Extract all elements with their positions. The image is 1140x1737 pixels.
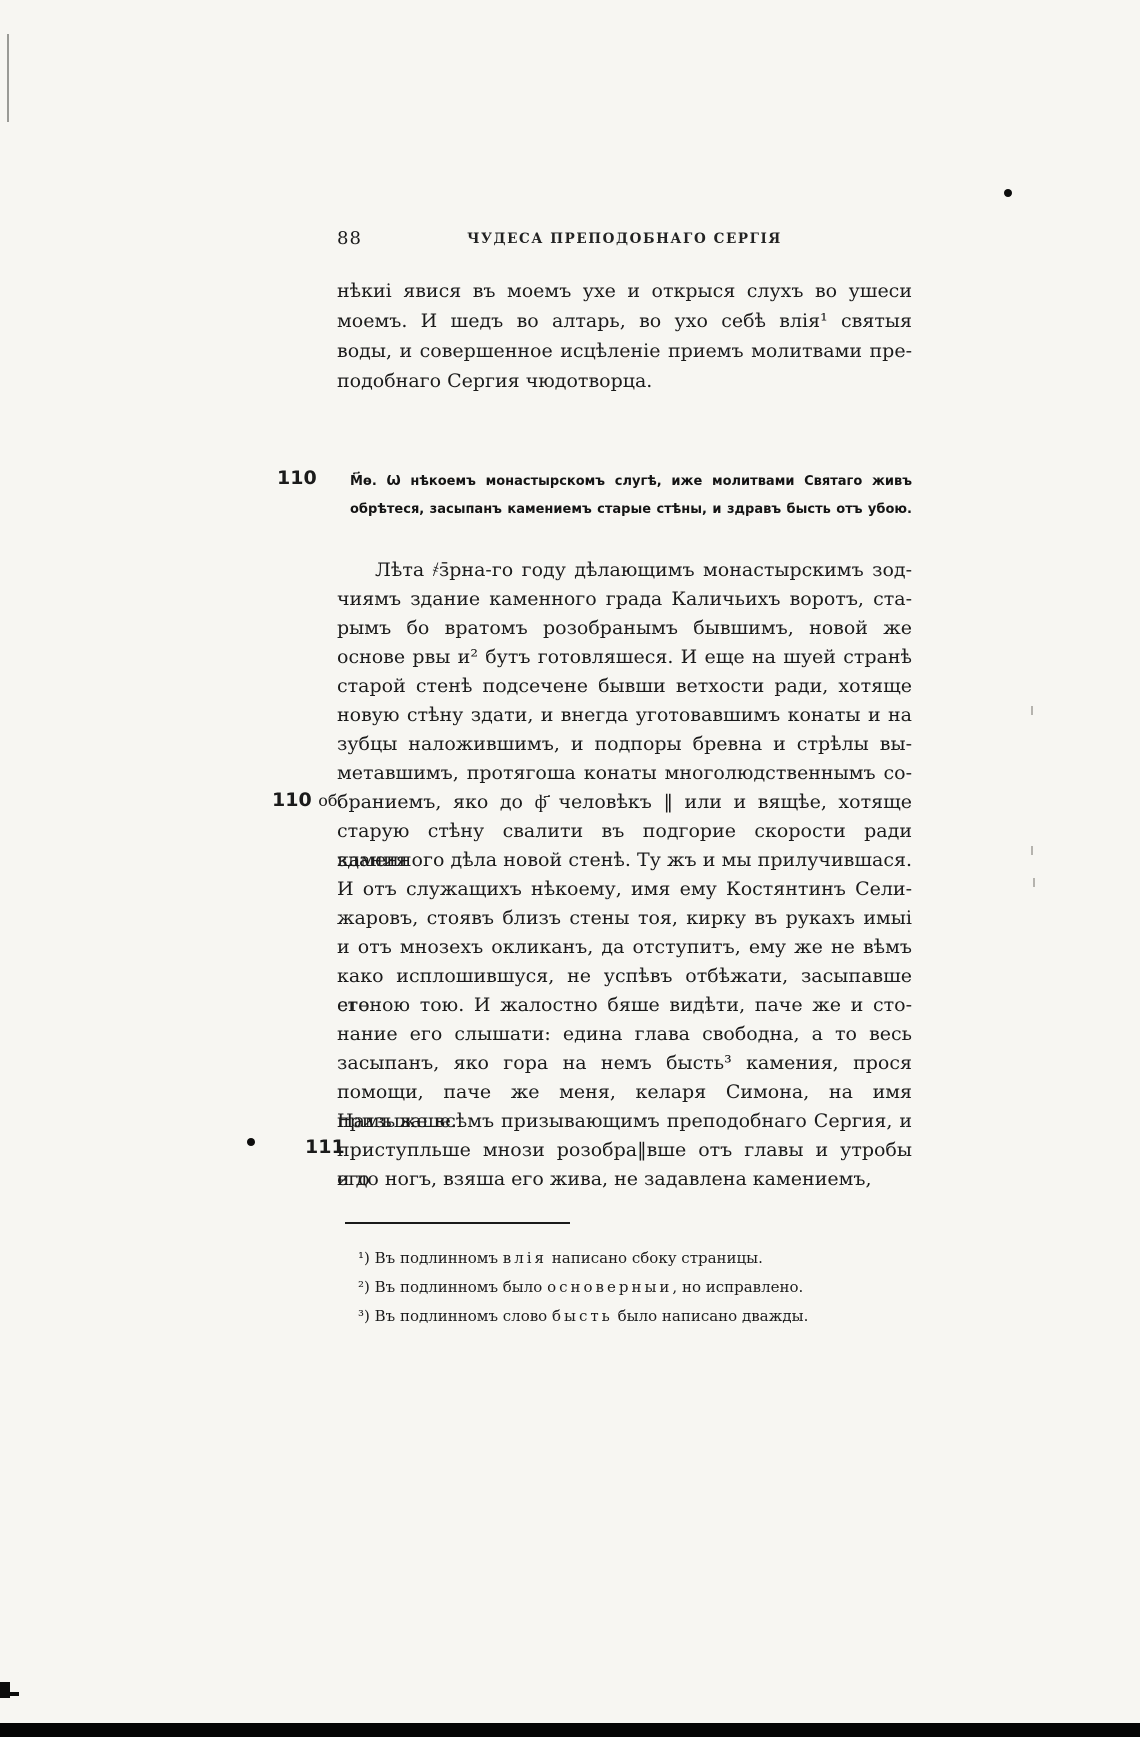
folio-number: 110	[272, 789, 312, 811]
text-line: подобнаго Сергия чюдотворца.	[337, 366, 912, 396]
margin-folio-number: 110	[277, 467, 317, 489]
footnote-emphasis: влія	[503, 1249, 547, 1267]
text-line: нѣкиі явися въ моемъ ухе и открыся слухъ…	[337, 276, 912, 306]
footnote-marker: ²)	[358, 1278, 370, 1296]
text-line: зубцы наложившимъ, и подпоры бревна и ст…	[337, 730, 912, 759]
text-line: старой стенѣ подсечене бывши ветхости ра…	[337, 672, 912, 701]
footnote-text: Въ подлинномъ слово	[370, 1307, 552, 1325]
text-line: и отъ мнозехъ окликанъ, да отступитъ, ем…	[337, 933, 912, 962]
running-title: ЧУДЕСА ПРЕПОДОБНАГО СЕРГІЯ	[337, 231, 912, 247]
text-line: жаровъ, стоявъ близъ стены тоя, кирку въ…	[337, 904, 912, 933]
scan-artifact-tick	[1031, 846, 1033, 855]
text-line: воды, и совершенное исцѣленіе приемъ мол…	[337, 336, 912, 366]
ink-dot	[247, 1138, 255, 1146]
heading-line: обрѣтеся, засыпанъ камениемъ старые стѣн…	[350, 496, 912, 524]
text-line: метавшимъ, протягоша конаты многолюдстве…	[337, 759, 912, 788]
text-line: приступльше мнози розобра‖вше отъ главы …	[337, 1136, 912, 1165]
text-line: помощи, паче же меня, келаря Симона, на …	[337, 1078, 912, 1107]
text-line: и до ногъ, взяша его жива, не задавлена …	[337, 1165, 912, 1194]
text-line: старую стѣну свалити въ подгорие скорост…	[337, 817, 912, 846]
text-line: моемъ. И шедъ во алтарь, во ухо себѣ влі…	[337, 306, 912, 336]
heading-line: М҃ѳ. Ѡ нѣкоемъ монастырскомъ слугѣ, иже …	[350, 468, 912, 496]
scan-artifact-line	[7, 34, 9, 122]
text-line: стеною тою. И жалостно бяше видѣти, паче…	[337, 991, 912, 1020]
footnote-text: Въ подлинномъ	[370, 1249, 503, 1267]
footnotes: ¹) Въ подлинномъ влія написано сбоку стр…	[358, 1244, 914, 1331]
text-line: Лѣта ҂з̄рна-го году дѣлающимъ монастырск…	[337, 556, 912, 585]
footnote: ¹) Въ подлинномъ влія написано сбоку стр…	[358, 1244, 914, 1273]
footnote-text: , но исправлено.	[672, 1278, 803, 1296]
scan-edge-bar	[0, 1723, 1140, 1737]
text-line: новую стѣну здати, и внегда уготовавшимъ…	[337, 701, 912, 730]
scan-artifact-tick	[1033, 878, 1035, 887]
text-line: И отъ служащихъ нѣкоему, имя ему Костянт…	[337, 875, 912, 904]
chapter-heading: М҃ѳ. Ѡ нѣкоемъ монастырскомъ слугѣ, иже …	[350, 468, 912, 524]
text-line: чиямъ здание каменного града Каличьихъ в…	[337, 585, 912, 614]
scanned-book-page: 88 ЧУДЕСА ПРЕПОДОБНАГО СЕРГІЯ нѣкиі явис…	[0, 0, 1140, 1737]
paragraph-2: Лѣта ҂з̄рна-го году дѣлающимъ монастырск…	[337, 556, 912, 1194]
footnote-marker: ¹)	[358, 1249, 370, 1267]
text-line: браниемъ, яко до ф҃ человѣкъ ‖ или и вящ…	[337, 788, 912, 817]
footnote: ³) Въ подлинномъ слово бысть было написа…	[358, 1302, 914, 1331]
footnote-emphasis: бысть	[552, 1307, 613, 1325]
footnote: ²) Въ подлинномъ было основерныи, но исп…	[358, 1273, 914, 1302]
text-line: Намъ же всѣмъ призывающимъ преподобнаго …	[337, 1107, 912, 1136]
text-line: нание его слышати: едина глава свободна,…	[337, 1020, 912, 1049]
footnote-text: написано сбоку страницы.	[547, 1249, 763, 1267]
text-line: основе рвы и² бутъ готовляшеся. И еще на…	[337, 643, 912, 672]
footnote-text: Въ подлинномъ было	[370, 1278, 547, 1296]
paragraph-1: нѣкиі явися въ моемъ ухе и открыся слухъ…	[337, 276, 912, 396]
footnote-emphasis: основерныи	[547, 1278, 672, 1296]
scan-artifact-tick	[1031, 706, 1033, 715]
text-line: засыпанъ, яко гора на немъ бысть³ камени…	[337, 1049, 912, 1078]
text-line: како исплошившуся, не успѣвъ отбѣжати, з…	[337, 962, 912, 991]
text-line: рымъ бо вратомъ розобранымъ бывшимъ, нов…	[337, 614, 912, 643]
margin-folio-note: 110 об.	[272, 789, 343, 811]
scan-corner-mark	[10, 1692, 19, 1696]
ink-dot	[1004, 189, 1012, 197]
footnote-marker: ³)	[358, 1307, 370, 1325]
footnote-separator-rule	[345, 1222, 570, 1224]
footnote-text: было написано дважды.	[613, 1307, 809, 1325]
scan-corner-mark	[0, 1682, 10, 1698]
text-line: каменного дѣла новой стенѣ. Ту жъ и мы п…	[337, 846, 912, 875]
